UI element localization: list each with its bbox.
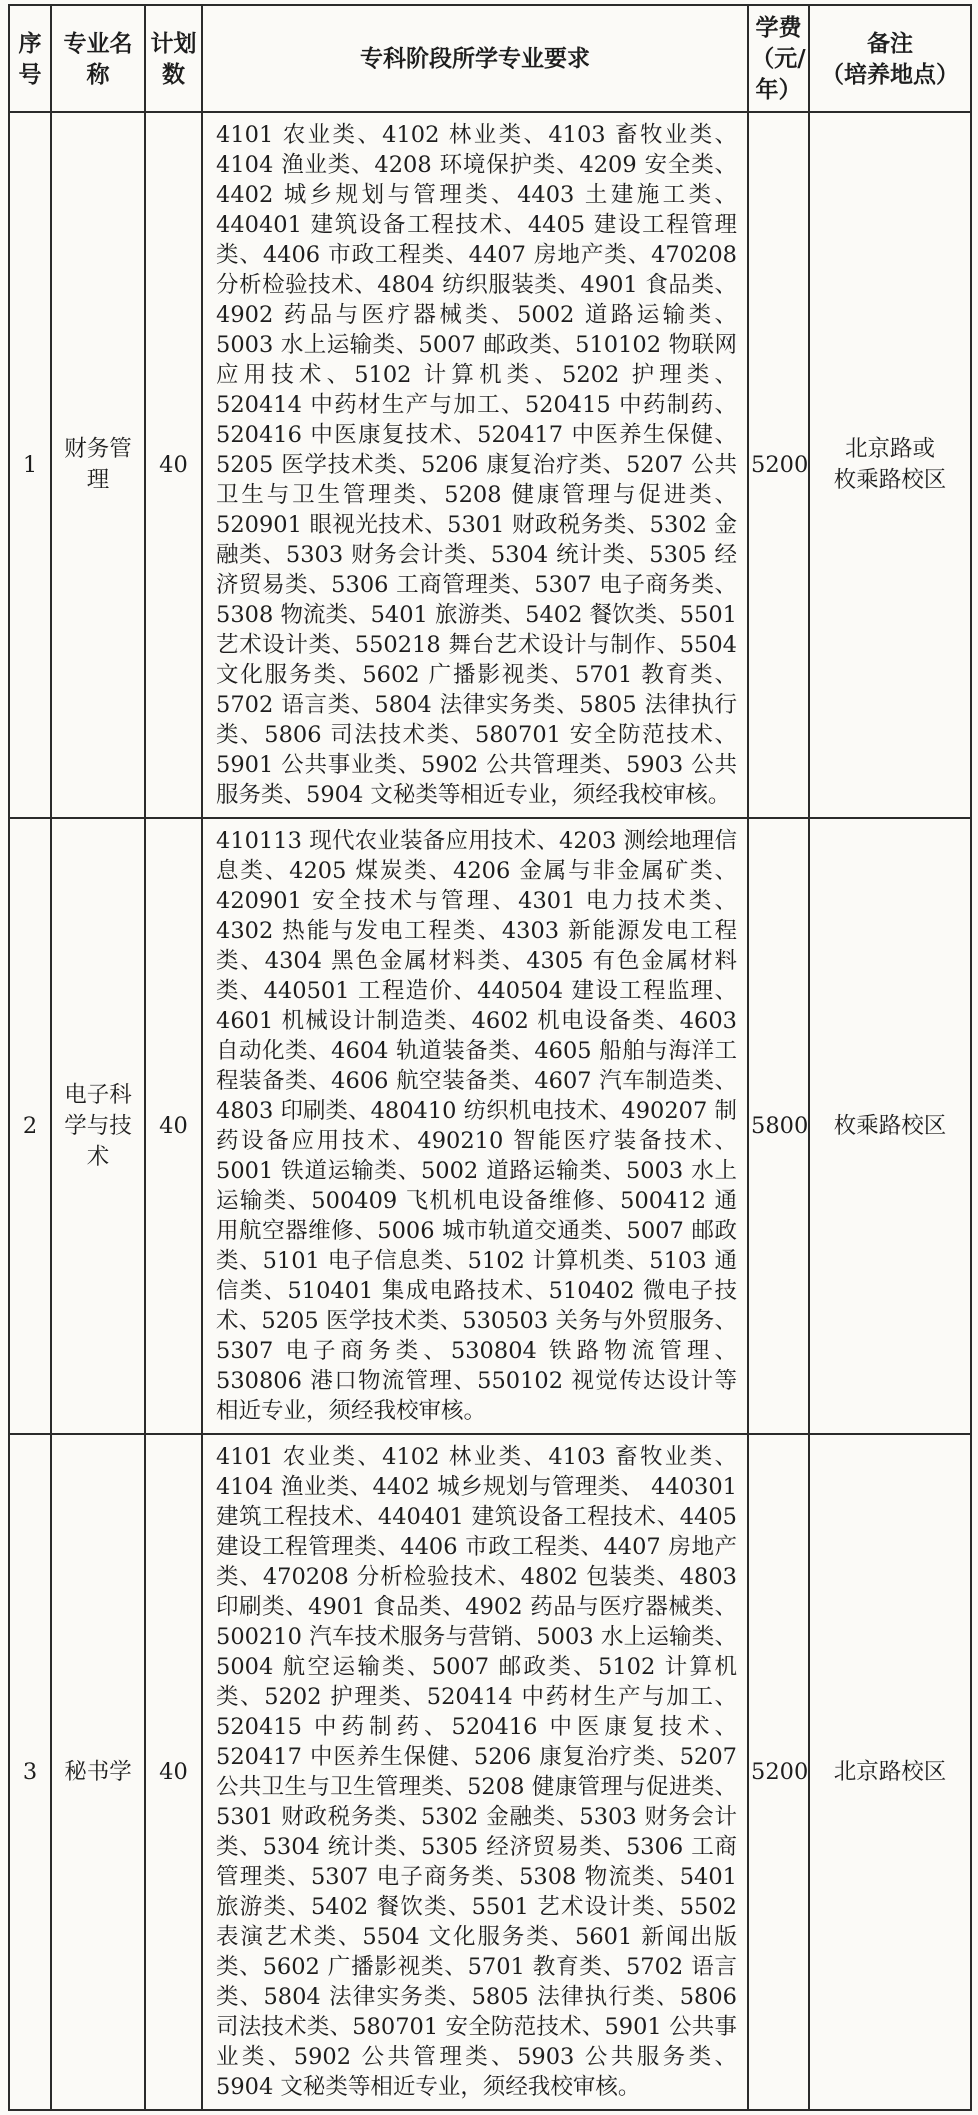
- serial-cell: 1: [9, 112, 51, 818]
- header-row: 序号 专业名称 计划数 专科阶段所学专业要求 学费 （元/年） 备注 （培养地点…: [9, 5, 971, 112]
- plan-count-cell: 40: [145, 112, 202, 818]
- header-major-name: 专业名称: [51, 5, 145, 112]
- serial-cell: 2: [9, 818, 51, 1434]
- plan-count-cell: 40: [145, 1434, 202, 2110]
- header-remark: 备注 （培养地点）: [809, 5, 971, 112]
- tuition-cell: 5200: [748, 112, 809, 818]
- remark-cell: 枚乘路校区: [809, 818, 971, 1434]
- table-row: 2 电子科学与技术 40 410113 现代农业装备应用技术、4203 测绘地理…: [9, 818, 971, 1434]
- major-name-cell: 秘书学: [51, 1434, 145, 2110]
- header-tuition: 学费 （元/年）: [748, 5, 809, 112]
- tuition-cell: 5800: [748, 818, 809, 1434]
- requirements-cell: 4101 农业类、4102 林业类、4103 畜牧业类、4104 渔业类、440…: [202, 1434, 748, 2110]
- table-row: 1 财务管理 40 4101 农业类、4102 林业类、4103 畜牧业类、41…: [9, 112, 971, 818]
- major-name-cell: 电子科学与技术: [51, 818, 145, 1434]
- serial-cell: 3: [9, 1434, 51, 2110]
- document-page: 序号 专业名称 计划数 专科阶段所学专业要求 学费 （元/年） 备注 （培养地点…: [0, 0, 978, 2115]
- enrollment-plan-table: 序号 专业名称 计划数 专科阶段所学专业要求 学费 （元/年） 备注 （培养地点…: [8, 4, 972, 2111]
- table-row: 3 秘书学 40 4101 农业类、4102 林业类、4103 畜牧业类、410…: [9, 1434, 971, 2110]
- plan-count-cell: 40: [145, 818, 202, 1434]
- requirements-cell: 4101 农业类、4102 林业类、4103 畜牧业类、4104 渔业类、420…: [202, 112, 748, 818]
- header-requirements: 专科阶段所学专业要求: [202, 5, 748, 112]
- remark-cell: 北京路或 枚乘路校区: [809, 112, 971, 818]
- header-serial: 序号: [9, 5, 51, 112]
- header-plan-count: 计划数: [145, 5, 202, 112]
- requirements-cell: 410113 现代农业装备应用技术、4203 测绘地理信息类、4205 煤炭类、…: [202, 818, 748, 1434]
- major-name-cell: 财务管理: [51, 112, 145, 818]
- remark-cell: 北京路校区: [809, 1434, 971, 2110]
- tuition-cell: 5200: [748, 1434, 809, 2110]
